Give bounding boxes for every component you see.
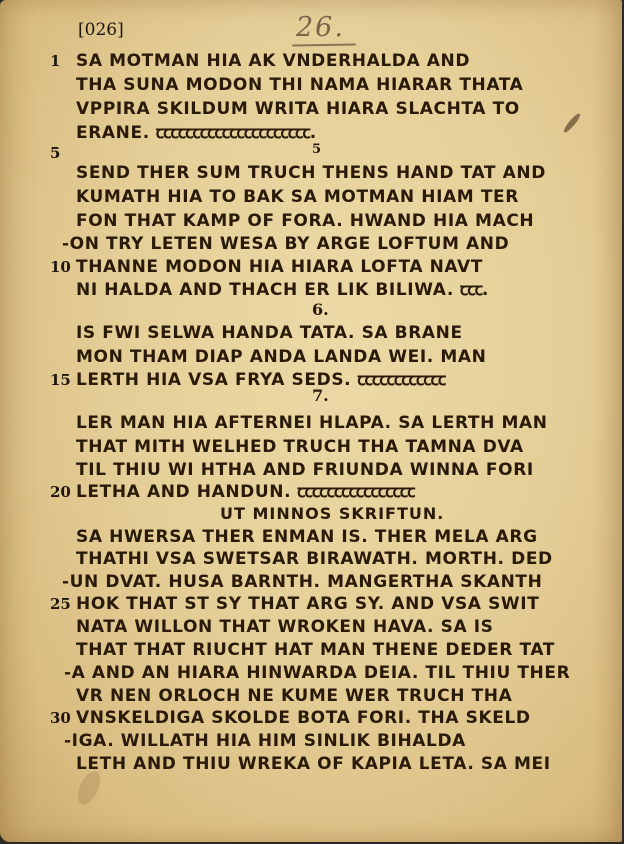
pen-stroke-mark <box>562 112 582 134</box>
page-number-underline <box>292 43 356 46</box>
text-line: LER MAN HIA AFTERNEI HLAPA. SA LERTH MAN <box>76 410 548 436</box>
text-line: SEND THER SUM TRUCH THENS HAND TAT AND <box>76 160 546 186</box>
line-number: 1 <box>50 48 60 74</box>
text-line: LERTH HIA VSA FRYA SEDS.ꞇꞇꞇꞇꞇꞇꞇꞇꞇꞇꞇꞇ <box>76 367 445 393</box>
line-filler: ꞇꞇꞇ. <box>460 277 487 303</box>
text-line: LETH AND THIU WREKA OF KAPIA LETA. SA ME… <box>76 751 551 777</box>
text-line: VPPIRA SKILDUM WRITA HIARA SLACHTA TO <box>76 96 520 122</box>
text-line: SA MOTMAN HIA AK VNDERHALDA AND <box>76 48 470 74</box>
text-line: KUMATH HIA TO BAK SA MOTMAN HIAM TER <box>76 184 519 210</box>
line-number: 20 <box>50 479 71 505</box>
manuscript-page: [026] 26. 1 5 10 15 20 25 30 5 6. 7. SA … <box>0 0 622 842</box>
line-number: 5 <box>50 140 60 166</box>
text-line-content: NI HALDA AND THACH ER LIK BILIWA. <box>76 280 454 300</box>
line-filler: ꞇꞇꞇꞇꞇꞇꞇꞇꞇꞇꞇꞇ <box>357 367 445 393</box>
line-filler: ꞇꞇꞇꞇꞇꞇꞇꞇꞇꞇꞇꞇꞇꞇꞇꞇꞇꞇꞇꞇꞇ. <box>156 120 315 146</box>
page-number: 26. <box>296 12 345 43</box>
text-line-content: LERTH HIA VSA FRYA SEDS. <box>76 370 351 390</box>
line-number: 10 <box>50 254 71 280</box>
text-line: THA SUNA MODON THI NAMA HIARAR THATA <box>76 72 523 98</box>
text-line: NI HALDA AND THACH ER LIK BILIWA.ꞇꞇꞇ. <box>76 277 487 303</box>
text-line: IS FWI SELWA HANDA TATA. SA BRANE <box>76 320 463 346</box>
section-heading: UT MINNOS SKRIFTUN. <box>220 502 444 526</box>
text-line-content: ERANE. <box>76 123 150 143</box>
folio-label: [026] <box>78 20 124 40</box>
text-line: ERANE.ꞇꞇꞇꞇꞇꞇꞇꞇꞇꞇꞇꞇꞇꞇꞇꞇꞇꞇꞇꞇꞇ. <box>76 120 315 146</box>
line-number: 15 <box>50 367 71 393</box>
text-line-content: LETHA AND HANDUN. <box>76 482 291 502</box>
